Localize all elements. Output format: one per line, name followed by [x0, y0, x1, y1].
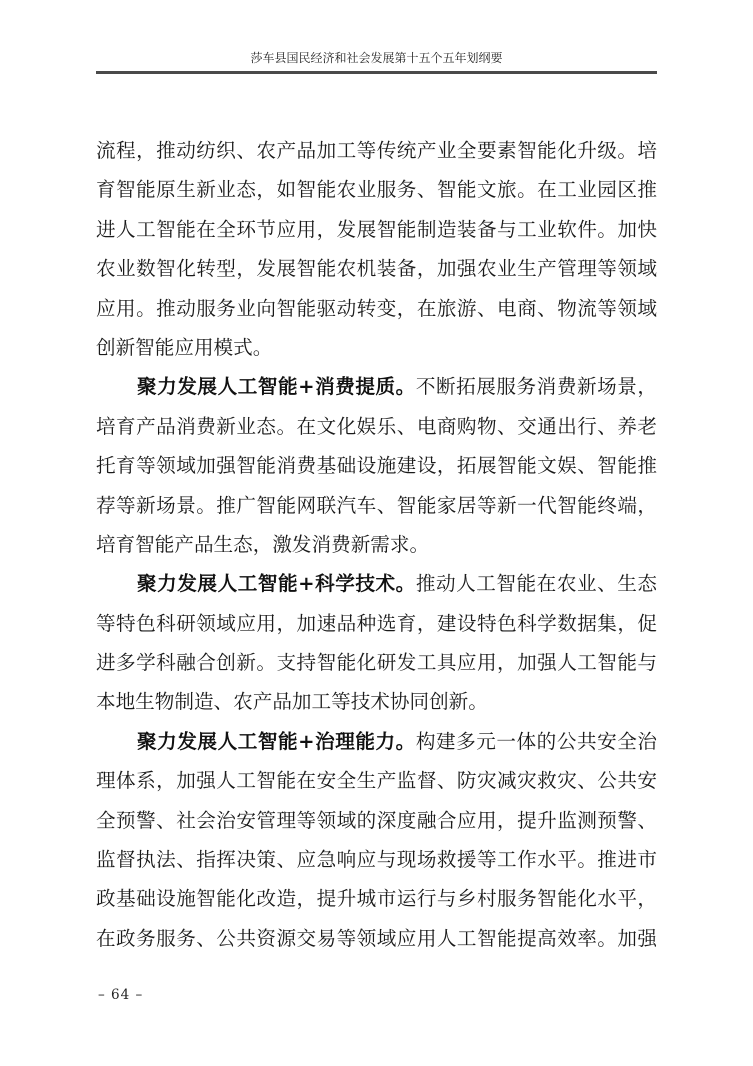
text-line: 全预警、社会治安管理等领域的深度融合应用，提升监测预警、: [96, 801, 657, 840]
page-background: 莎车县国民经济和社会发展第十五个五年划纲要 流程，推动纺织、农产品加工等传统产业…: [0, 0, 753, 1066]
text-line: 培育产品消费新业态。在文化娱乐、电商购物、交通出行、养老: [96, 407, 657, 446]
text-line: 应用。推动服务业向智能驱动转变，在旅游、电商、物流等领域: [96, 289, 657, 328]
text-line: 等特色科研领域应用，加速品种选育，建设特色科学数据集，促: [96, 604, 657, 643]
text-line: 荐等新场景。推广智能网联汽车、智能家居等新一代智能终端，: [96, 486, 657, 525]
text-line: 托育等领域加强智能消费基础设施建设，拓展智能文娱、智能推: [96, 446, 657, 485]
text-line: 聚力发展人工智能+消费提质。不断拓展服务消费新场景，: [96, 367, 657, 406]
text-line: 本地生物制造、农产品加工等技术协同创新。: [96, 682, 657, 721]
text-line: 聚力发展人工智能+治理能力。构建多元一体的公共安全治: [96, 722, 657, 761]
text-line: 聚力发展人工智能+科学技术。推动人工智能在农业、生态: [96, 564, 657, 603]
document-body: 流程，推动纺织、农产品加工等传统产业全要素智能化升级。培育智能原生新业态，如智能…: [96, 131, 657, 958]
paragraph-lead-bold: 聚力发展人工智能+消费提质。: [137, 375, 416, 398]
paragraph-lead-bold: 聚力发展人工智能+治理能力。: [137, 730, 416, 753]
text-line: 培育智能产品生态，激发消费新需求。: [96, 525, 657, 564]
text-line: 农业数智化转型，发展智能农机装备，加强农业生产管理等领域: [96, 249, 657, 288]
paragraph: 聚力发展人工智能+科学技术。推动人工智能在农业、生态等特色科研领域应用，加速品种…: [96, 564, 657, 722]
paragraph: 聚力发展人工智能+治理能力。构建多元一体的公共安全治理体系，加强人工智能在安全生…: [96, 722, 657, 958]
text-line: 进多学科融合创新。支持智能化研发工具应用，加强人工智能与: [96, 643, 657, 682]
text-line: 创新智能应用模式。: [96, 328, 657, 367]
text-line: 进人工智能在全环节应用，发展智能制造装备与工业软件。加快: [96, 210, 657, 249]
text-line: 政基础设施智能化改造，提升城市运行与乡村服务智能化水平，: [96, 879, 657, 918]
paragraph: 聚力发展人工智能+消费提质。不断拓展服务消费新场景，培育产品消费新业态。在文化娱…: [96, 367, 657, 564]
text-line: 理体系，加强人工智能在安全生产监督、防灾减灾救灾、公共安: [96, 761, 657, 800]
text-line: 在政务服务、公共资源交易等领域应用人工智能提高效率。加强: [96, 919, 657, 958]
paragraph-lead-bold: 聚力发展人工智能+科学技术。: [137, 572, 416, 595]
text-line: 流程，推动纺织、农产品加工等传统产业全要素智能化升级。培: [96, 131, 657, 170]
paragraph: 流程，推动纺织、农产品加工等传统产业全要素智能化升级。培育智能原生新业态，如智能…: [96, 131, 657, 367]
document-page: { "page": { "header": { "title": "莎车县国民经…: [0, 0, 753, 1066]
header-rule: [96, 71, 657, 74]
text-line: 育智能原生新业态，如智能农业服务、智能文旅。在工业园区推: [96, 170, 657, 209]
text-line: 监督执法、指挥决策、应急响应与现场救援等工作水平。推进市: [96, 840, 657, 879]
page-header-title: 莎车县国民经济和社会发展第十五个五年划纲要: [96, 49, 657, 67]
page-number: – 64 –: [98, 985, 143, 1005]
